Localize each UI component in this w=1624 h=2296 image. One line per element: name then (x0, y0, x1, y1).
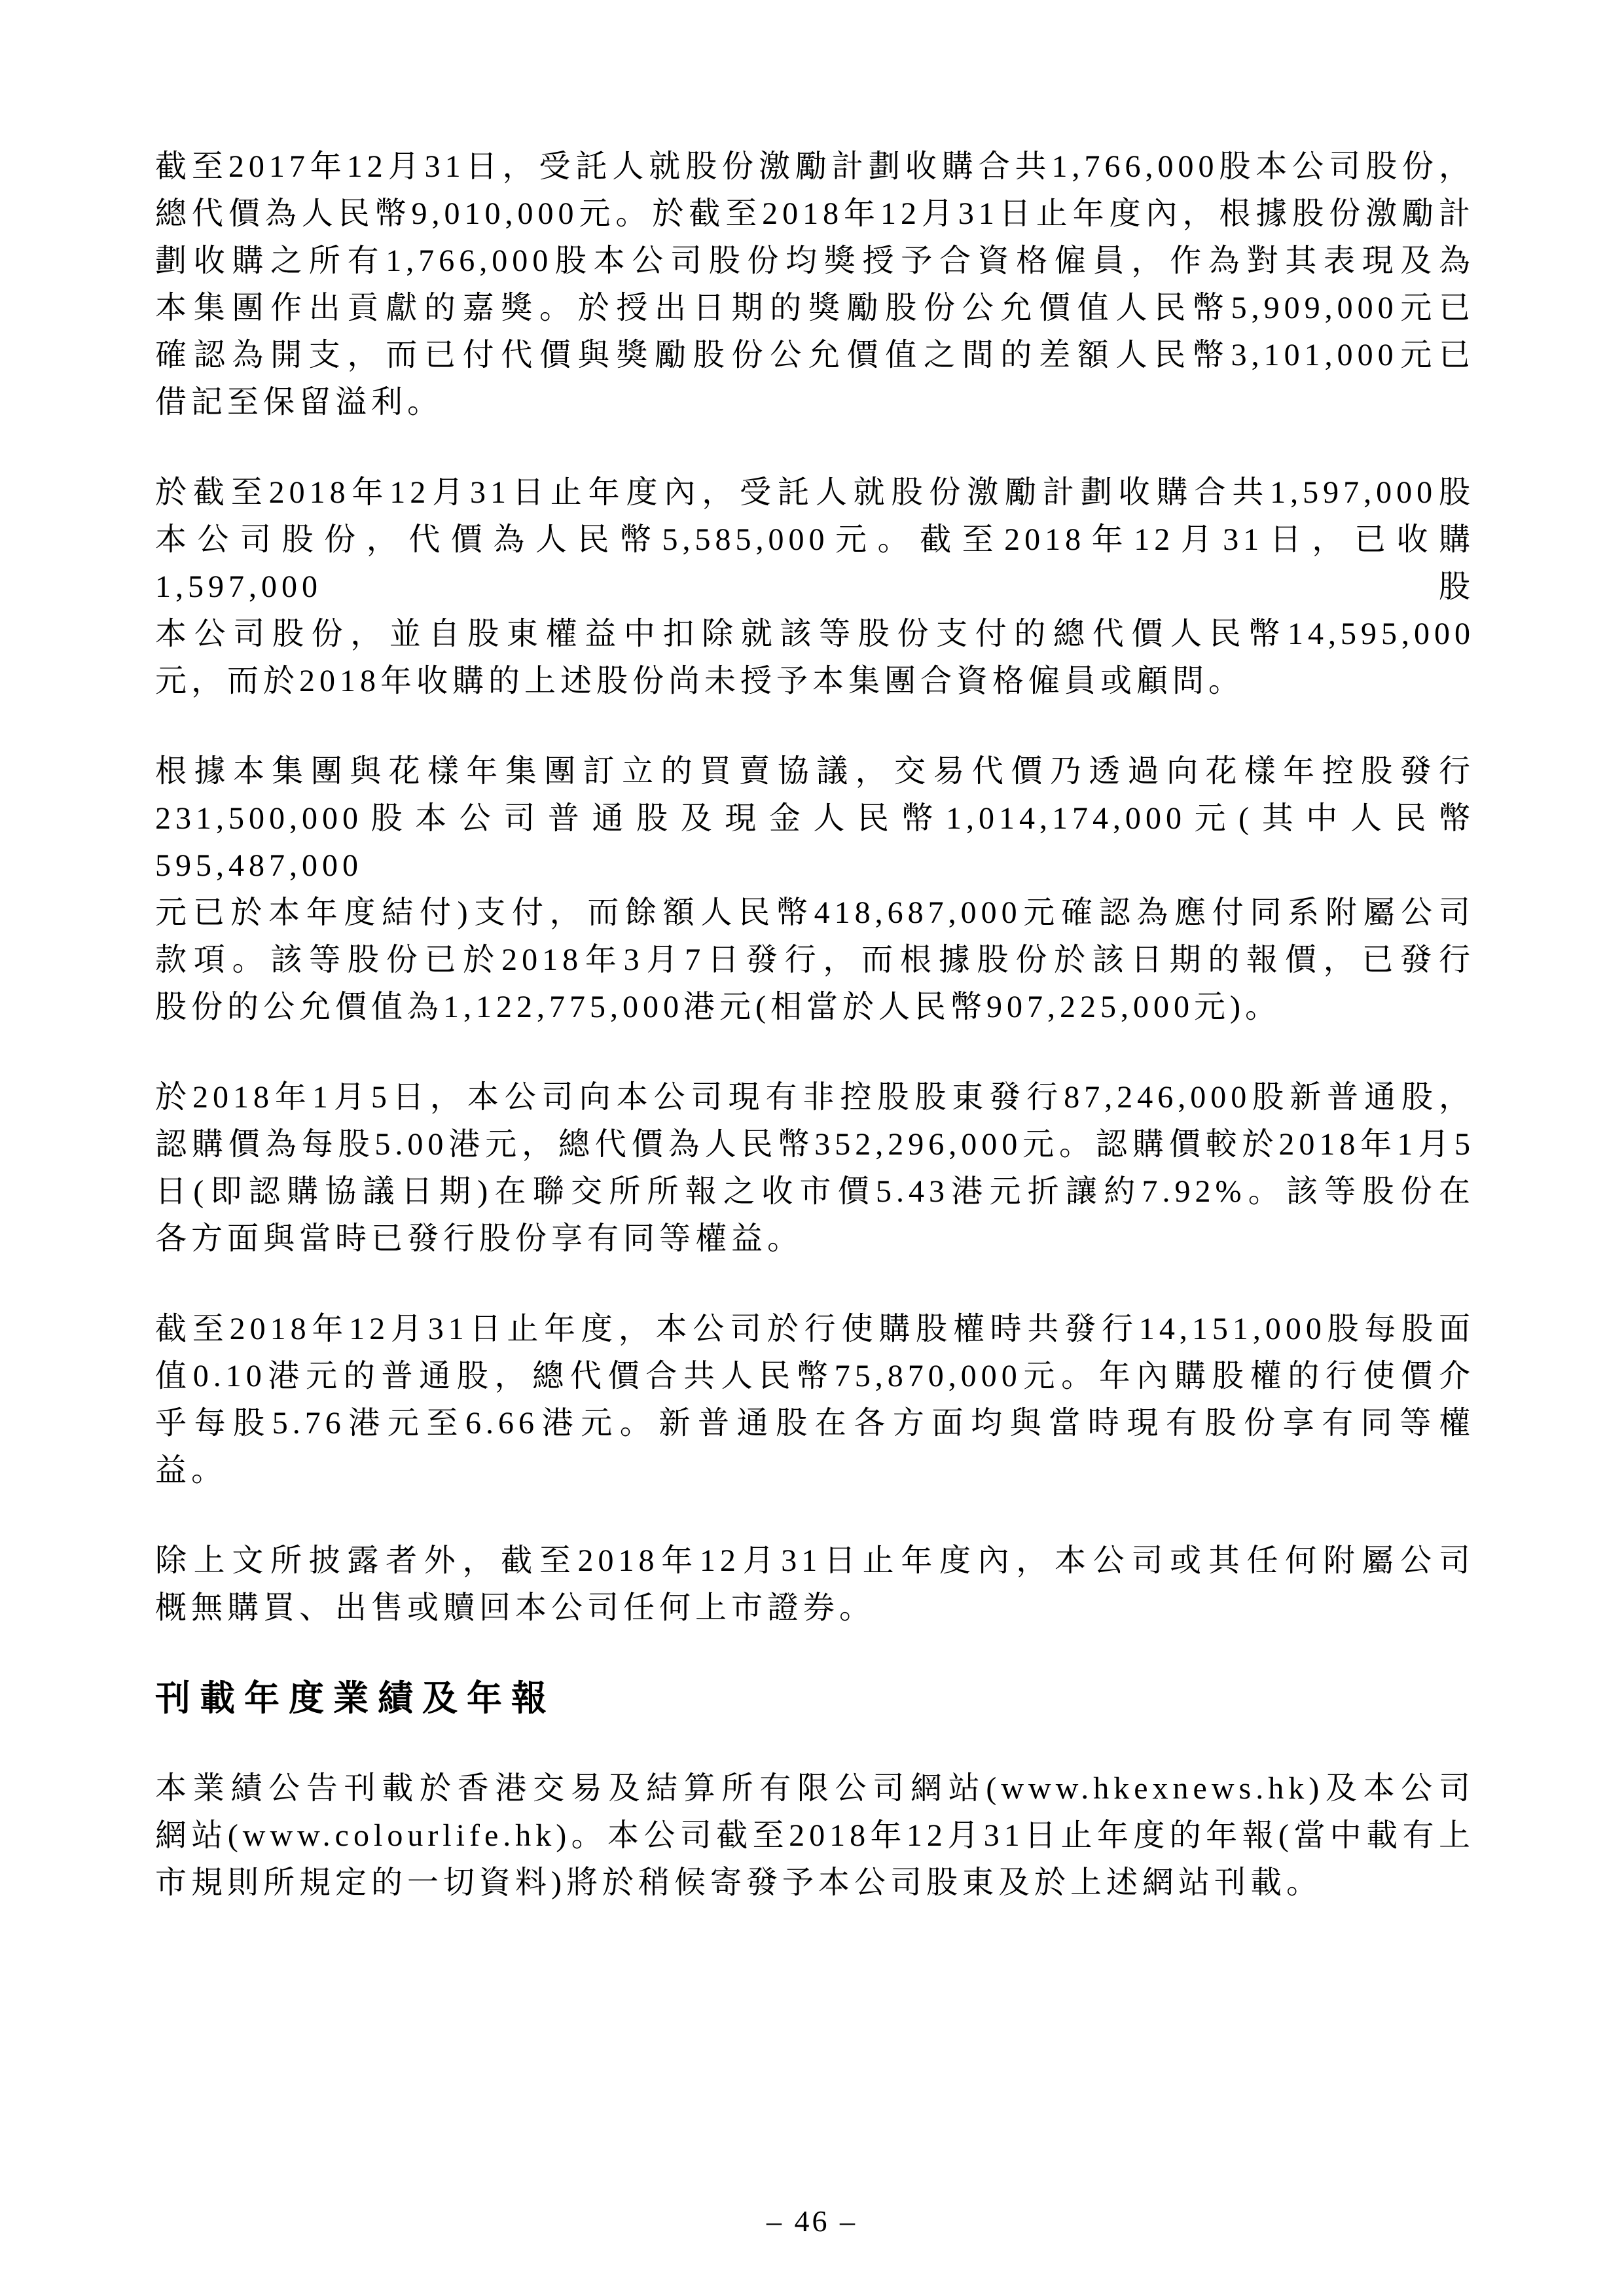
paragraph-line: 確認為開支，而已付代價與獎勵股份公允價值之間的差額人民幣3,101,000元已 (155, 332, 1475, 379)
paragraph-line: 本公司股份，並自股東權益中扣除就該等股份支付的總代價人民幣14,595,000 (155, 611, 1475, 658)
paragraph: 截至2018年12月31日止年度，本公司於行使購股權時共發行14,151,000… (155, 1306, 1475, 1494)
paragraph-line: 劃收購之所有1,766,000股本公司股份均獎授予合資格僱員，作為對其表現及為 (155, 238, 1475, 285)
page-footer: – 46 – (0, 2204, 1624, 2238)
paragraph-line: 除上文所披露者外，截至2018年12月31日止年度內，本公司或其任何附屬公司 (155, 1537, 1475, 1585)
paragraph-line: 借記至保留溢利。 (155, 379, 1475, 426)
paragraph-line: 概無購買、出售或贖回本公司任何上市證券。 (155, 1585, 1475, 1632)
paragraph-line: 元已於本年度結付)支付，而餘額人民幣418,687,000元確認為應付同系附屬公… (155, 889, 1475, 937)
document-body: 截至2017年12月31日，受託人就股份激勵計劃收購合共1,766,000股本公… (155, 143, 1475, 1950)
page-number: – 46 – (767, 2204, 857, 2238)
section-heading: 刊載年度業績及年報 (155, 1675, 1475, 1722)
paragraph-line: 於2018年1月5日，本公司向本公司現有非控股股東發行87,246,000股新普… (155, 1074, 1475, 1121)
paragraph-line: 根據本集團與花樣年集團訂立的買賣協議，交易代價乃透過向花樣年控股發行 (155, 748, 1475, 795)
paragraph-line: 截至2018年12月31日止年度，本公司於行使購股權時共發行14,151,000… (155, 1306, 1475, 1353)
paragraph-line: 本公司股份，代價為人民幣5,585,000元。截至2018年12月31日，已收購… (155, 516, 1475, 611)
paragraph-line: 各方面與當時已發行股份享有同等權益。 (155, 1215, 1475, 1263)
paragraph-line: 款項。該等股份已於2018年3月7日發行，而根據股份於該日期的報價，已發行 (155, 937, 1475, 984)
paragraph: 截至2017年12月31日，受託人就股份激勵計劃收購合共1,766,000股本公… (155, 143, 1475, 426)
paragraph-line: 本集團作出貢獻的嘉獎。於授出日期的獎勵股份公允價值人民幣5,909,000元已 (155, 285, 1475, 332)
paragraph: 根據本集團與花樣年集團訂立的買賣協議，交易代價乃透過向花樣年控股發行231,50… (155, 748, 1475, 1031)
paragraph-line: 於截至2018年12月31日止年度內，受託人就股份激勵計劃收購合共1,597,0… (155, 469, 1475, 516)
paragraph-line: 網站(www.colourlife.hk)。本公司截至2018年12月31日止年… (155, 1812, 1475, 1859)
paragraph: 本業績公告刊載於香港交易及結算所有限公司網站(www.hkexnews.hk)及… (155, 1765, 1475, 1907)
paragraph-line: 乎每股5.76港元至6.66港元。新普通股在各方面均與當時現有股份享有同等權 (155, 1400, 1475, 1447)
paragraph-line: 值0.10港元的普通股，總代價合共人民幣75,870,000元。年內購股權的行使… (155, 1353, 1475, 1400)
paragraph: 於2018年1月5日，本公司向本公司現有非控股股東發行87,246,000股新普… (155, 1074, 1475, 1263)
paragraph-line: 元，而於2018年收購的上述股份尚未授予本集團合資格僱員或顧問。 (155, 658, 1475, 705)
paragraph-line: 本業績公告刊載於香港交易及結算所有限公司網站(www.hkexnews.hk)及… (155, 1765, 1475, 1812)
paragraph-line: 益。 (155, 1447, 1475, 1494)
paragraph-line: 截至2017年12月31日，受託人就股份激勵計劃收購合共1,766,000股本公… (155, 143, 1475, 190)
paragraph: 除上文所披露者外，截至2018年12月31日止年度內，本公司或其任何附屬公司概無… (155, 1537, 1475, 1632)
paragraph: 於截至2018年12月31日止年度內，受託人就股份激勵計劃收購合共1,597,0… (155, 469, 1475, 705)
paragraph-line: 總代價為人民幣9,010,000元。於截至2018年12月31日止年度內，根據股… (155, 190, 1475, 238)
paragraph-line: 231,500,000股本公司普通股及現金人民幣1,014,174,000元(其… (155, 795, 1475, 889)
paragraph-line: 市規則所規定的一切資料)將於稍候寄發予本公司股東及於上述網站刊載。 (155, 1859, 1475, 1907)
paragraph-line: 日(即認購協議日期)在聯交所所報之收市價5.43港元折讓約7.92%。該等股份在 (155, 1168, 1475, 1215)
paragraph-line: 認購價為每股5.00港元，總代價為人民幣352,296,000元。認購價較於20… (155, 1121, 1475, 1168)
paragraph-line: 股份的公允價值為1,122,775,000港元(相當於人民幣907,225,00… (155, 984, 1475, 1031)
